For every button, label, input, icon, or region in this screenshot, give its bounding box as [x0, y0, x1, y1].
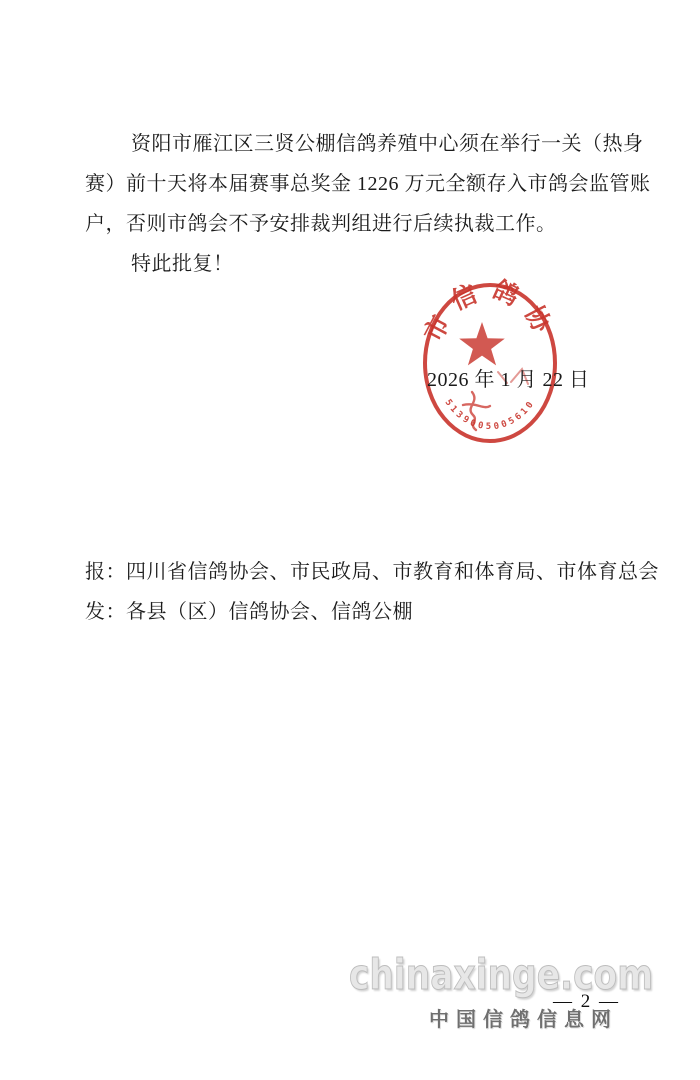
seal-code: 5139005005610 [443, 398, 538, 432]
scanned-letter-page: 资阳市雁江区三贤公棚信鸽养殖中心须在举行一关（热身 赛）前十天将本届赛事总奖金 … [0, 0, 700, 1080]
letter-body: 资阳市雁江区三贤公棚信鸽养殖中心须在举行一关（热身 赛）前十天将本届赛事总奖金 … [85, 124, 645, 284]
seal-star-icon [459, 322, 505, 365]
distribution-list: 报：四川省信鸽协会、市民政局、市教育和体育局、市体育总会 发：各县（区）信鸽协会… [85, 552, 645, 632]
body-line-2: 赛）前十天将本届赛事总奖金 1226 万元全额存入市鸽会监管账 [85, 164, 645, 204]
cc-line-report: 报：四川省信鸽协会、市民政局、市教育和体育局、市体育总会 [85, 552, 645, 592]
letter-date: 2026 年 1 月 22 日 [427, 363, 590, 392]
cc-line-send: 发：各县（区）信鸽协会、信鸽公棚 [85, 592, 645, 632]
official-seal: 市信鸽协 5139005005610 [414, 276, 566, 448]
body-line-3: 户，否则市鸽会不予安排裁判组进行后续执裁工作。 [85, 204, 645, 244]
body-line-1: 资阳市雁江区三贤公棚信鸽养殖中心须在举行一关（热身 [85, 124, 645, 164]
page-number: — 2 — [553, 991, 620, 1013]
